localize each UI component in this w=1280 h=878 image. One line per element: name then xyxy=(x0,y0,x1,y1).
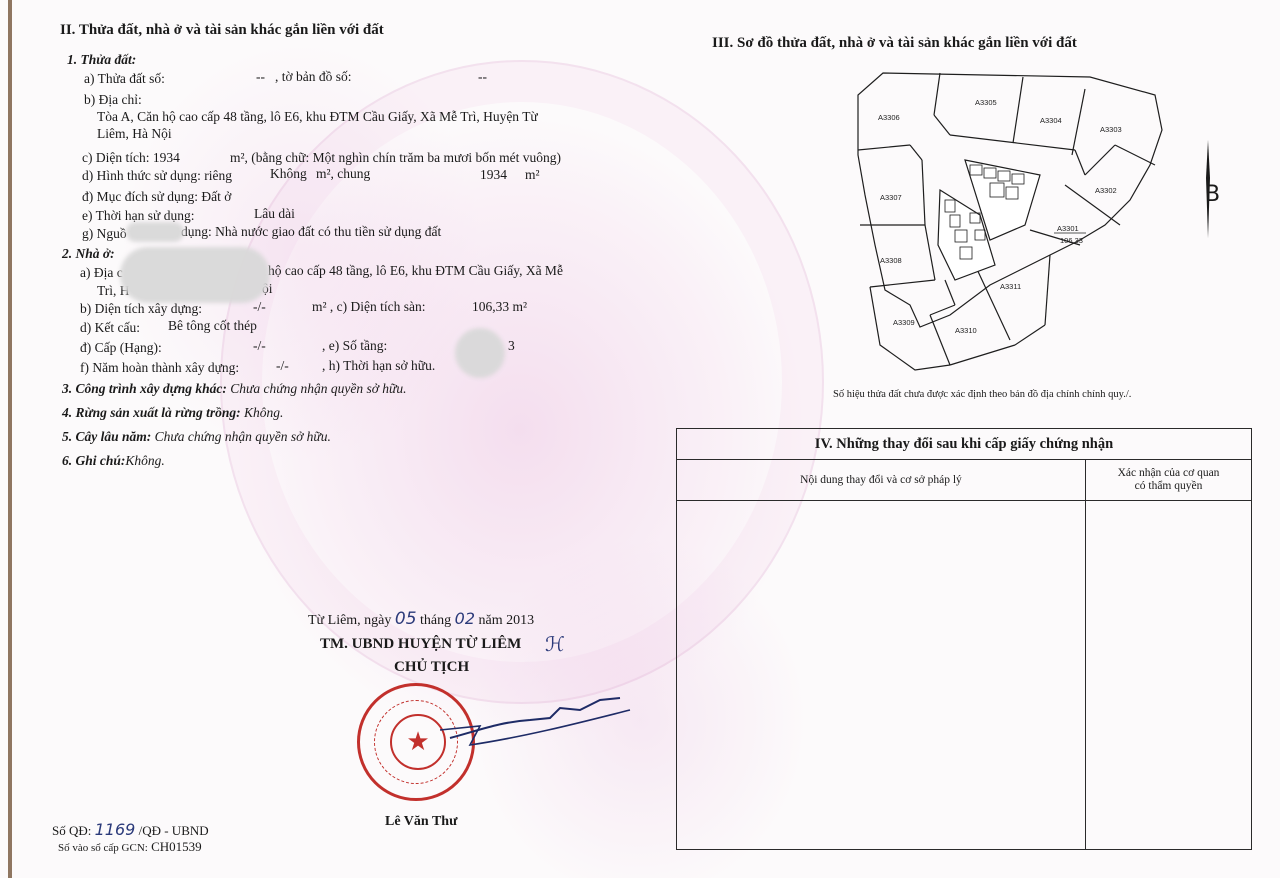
land-origin-label-start: g) Nguồ xyxy=(82,226,127,242)
land-usage-form-label: d) Hình thức sử dụng: riêng xyxy=(82,168,232,184)
land-area-words: m², (bằng chữ: Một nghìn chín trăm ba mư… xyxy=(230,150,561,166)
north-label: B xyxy=(1205,182,1220,207)
authority-confirmation-header: Xác nhận của cơ quancó thẩm quyền xyxy=(1086,460,1251,500)
changes-content-cell xyxy=(677,501,1086,849)
land-heading: 1. Thửa đất: xyxy=(67,52,136,68)
land-origin-label-end: dụng: Nhà nước giao đất có thu tiền sử d… xyxy=(181,224,441,240)
house-floor-area-label: m² , c) Diện tích sàn: xyxy=(312,299,426,315)
land-plot-value: -- xyxy=(256,69,265,85)
decision-number: Số QĐ: 1169 /QĐ - UBND xyxy=(52,820,209,839)
svg-text:A3303: A3303 xyxy=(1100,125,1122,134)
land-shared-area: 1934 xyxy=(480,167,507,183)
unit-label: A3305 xyxy=(975,98,997,107)
svg-text:106.33: 106.33 xyxy=(1060,236,1083,245)
star-emblem-icon: ★ xyxy=(390,714,446,770)
land-private-area: Không xyxy=(270,166,307,182)
production-forest: 4. Rừng sản xuất là rừng trồng: Không. xyxy=(62,405,283,421)
house-completion-label: f) Năm hoàn thành xây dựng: xyxy=(80,360,239,376)
svg-text:A3306: A3306 xyxy=(878,113,900,122)
land-shared-unit: m² xyxy=(525,167,540,183)
svg-text:A3308: A3308 xyxy=(880,256,902,265)
section-3-title: III. Sơ đồ thửa đất, nhà ở và tài sản kh… xyxy=(712,35,1077,52)
other-construction: 3. Công trình xây dựng khác: Chưa chứng … xyxy=(62,381,407,397)
house-structure-label: d) Kết cấu: xyxy=(80,320,140,336)
house-floors-value: 3 xyxy=(508,338,515,354)
land-address-line1: Tòa A, Căn hộ cao cấp 48 tầng, lô E6, kh… xyxy=(97,109,538,125)
changes-table-title: IV. Những thay đổi sau khi cấp giấy chứn… xyxy=(677,429,1251,460)
house-build-area-value: -/- xyxy=(253,299,266,315)
house-completion-value: -/- xyxy=(276,358,289,374)
changes-content-header: Nội dung thay đổi và cơ sở pháp lý xyxy=(677,460,1086,500)
diagram-note: Số hiệu thửa đất chưa được xác định theo… xyxy=(833,389,1131,400)
svg-text:A3301: A3301 xyxy=(1057,224,1079,233)
gcn-registry-number: Số vào sổ cấp GCN: CH01539 xyxy=(58,839,202,855)
redaction-blur xyxy=(120,247,270,303)
section-2-title: II. Thửa đất, nhà ở và tài sản khác gắn … xyxy=(60,22,384,39)
svg-text:A3309: A3309 xyxy=(893,318,915,327)
floor-plan-diagram: A3305 A3306 A3304 A3303 A3302 A3307 A330… xyxy=(850,65,1180,385)
house-grade-value: -/- xyxy=(253,338,266,354)
signer-name: Lê Văn Thư xyxy=(385,814,457,830)
svg-text:A3302: A3302 xyxy=(1095,186,1117,195)
land-map-label: , tờ bản đồ số: xyxy=(275,69,352,85)
land-plot-label: a) Thửa đất số: xyxy=(84,71,165,87)
svg-text:A3310: A3310 xyxy=(955,326,977,335)
land-map-value: -- xyxy=(478,69,487,85)
signature-stroke xyxy=(440,690,640,750)
page-edge xyxy=(8,0,12,878)
signer-role: CHỦ TỊCH xyxy=(394,659,469,676)
house-address-start: a) Địa c xyxy=(80,265,123,281)
initials-mark: ℋ xyxy=(545,632,565,656)
house-grade-label: đ) Cấp (Hạng): xyxy=(80,340,162,356)
notes: 6. Ghi chú:Không. xyxy=(62,453,165,469)
land-area-label: c) Diện tích: 1934 xyxy=(82,150,180,166)
house-build-area-label: b) Diện tích xây dựng: xyxy=(80,301,202,317)
svg-text:A3311: A3311 xyxy=(1000,282,1021,291)
svg-text:A3307: A3307 xyxy=(880,193,902,202)
changes-table: IV. Những thay đổi sau khi cấp giấy chứn… xyxy=(676,428,1252,850)
land-address-label: b) Địa chỉ: xyxy=(84,92,142,108)
house-heading: 2. Nhà ở: xyxy=(62,246,115,262)
land-purpose: đ) Mục đích sử dụng: Đất ở xyxy=(82,189,231,205)
land-usage-unit: m², chung xyxy=(316,166,370,182)
house-floor-area-value: 106,33 m² xyxy=(472,299,527,315)
perennial-trees: 5. Cây lâu năm: Chưa chứng nhận quyền sở… xyxy=(62,429,331,445)
issuing-authority: TM. UBND HUYỆN TỪ LIÊM xyxy=(320,636,521,653)
house-structure-value: Bê tông cốt thép xyxy=(168,318,257,334)
house-floors-label: , e) Số tầng: xyxy=(322,338,387,354)
land-address-line2: Liêm, Hà Nội xyxy=(97,126,172,142)
house-address-end: hộ cao cấp 48 tầng, lô E6, khu ĐTM Cầu G… xyxy=(268,263,563,279)
house-ownership-term-label: , h) Thời hạn sở hữu. xyxy=(322,358,435,374)
issue-date: Từ Liêm, ngày 05 tháng 02 năm 2013 xyxy=(308,609,534,629)
redaction-blur xyxy=(126,222,184,242)
authority-confirmation-cell xyxy=(1086,501,1251,849)
land-term-value: Lâu dài xyxy=(254,206,295,222)
svg-text:A3304: A3304 xyxy=(1040,116,1062,125)
redaction-blur xyxy=(455,328,505,378)
